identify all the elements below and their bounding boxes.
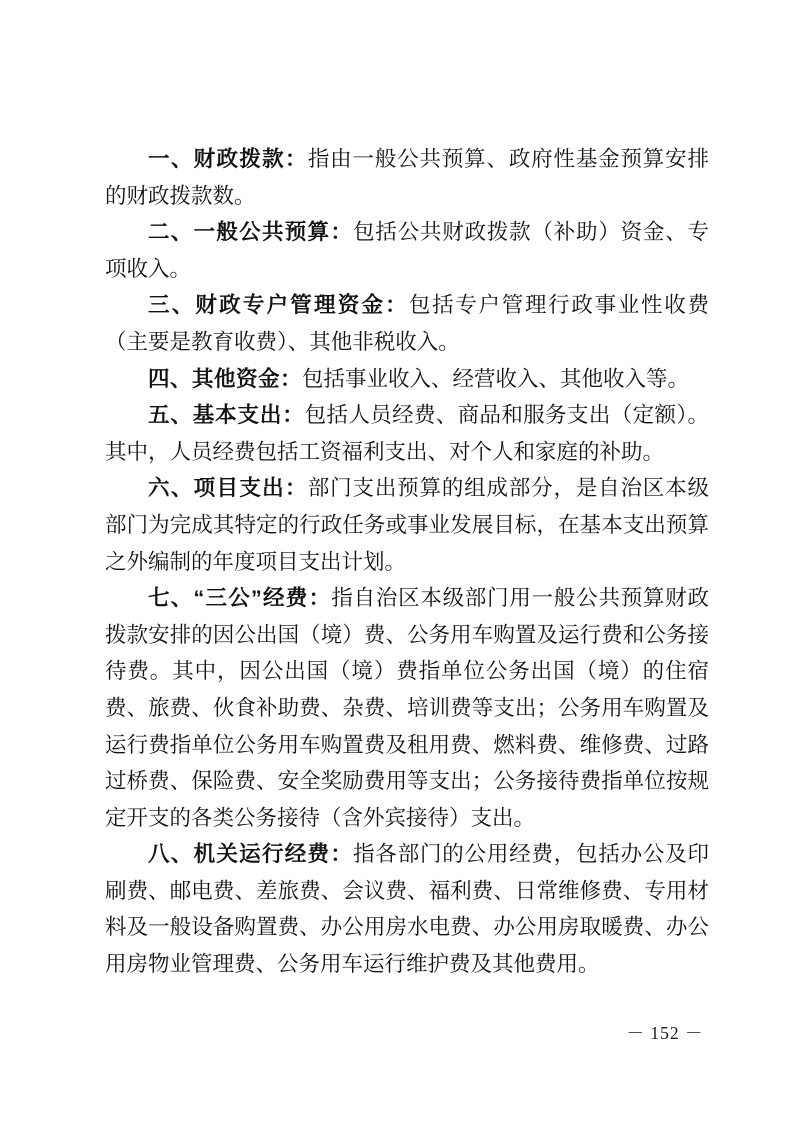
term-label: 八、机关运行经费： [148, 842, 353, 866]
document-body: 一、财政拨款：指由一般公共预算、政府性基金预算安排的财政拨款数。 二、一般公共预… [105, 141, 709, 983]
definition-paragraph: 五、基本支出：包括人员经费、商品和服务支出（定额）。其中，人员经费包括工资福利支… [105, 397, 709, 470]
definition-paragraph: 二、一般公共预算：包括公共财政拨款（补助）资金、专项收入。 [105, 214, 709, 287]
term-label: 七、“三公”经费： [148, 586, 331, 610]
definition-paragraph: 一、财政拨款：指由一般公共预算、政府性基金预算安排的财政拨款数。 [105, 141, 709, 214]
term-label: 一、财政拨款： [148, 147, 308, 171]
term-label: 三、财政专户管理资金： [148, 293, 409, 317]
definition-paragraph: 三、财政专户管理资金：包括专户管理行政事业性收费（主要是教育收费）、其他非税收入… [105, 287, 709, 360]
definition-paragraph: 七、“三公”经费：指自治区本级部门用一般公共预算财政拨款安排的因公出国（境）费、… [105, 580, 709, 836]
term-definition: 指自治区本级部门用一般公共预算财政拨款安排的因公出国（境）费、公务用车购置及运行… [105, 586, 709, 830]
term-label: 四、其他资金： [148, 367, 302, 391]
document-page: 一、财政拨款：指由一般公共预算、政府性基金预算安排的财政拨款数。 二、一般公共预… [0, 0, 793, 1122]
term-label: 二、一般公共预算： [148, 220, 353, 244]
definition-paragraph: 八、机关运行经费：指各部门的公用经费，包括办公及印刷费、邮电费、差旅费、会议费、… [105, 836, 709, 982]
term-label: 六、项目支出： [148, 476, 308, 500]
definition-paragraph: 六、项目支出：部门支出预算的组成部分，是自治区本级部门为完成其特定的行政任务或事… [105, 470, 709, 580]
definition-paragraph: 四、其他资金：包括事业收入、经营收入、其他收入等。 [105, 361, 709, 398]
term-label: 五、基本支出： [148, 403, 305, 427]
page-number: － 152 － [625, 1020, 705, 1045]
term-definition: 包括事业收入、经营收入、其他收入等。 [302, 367, 689, 391]
